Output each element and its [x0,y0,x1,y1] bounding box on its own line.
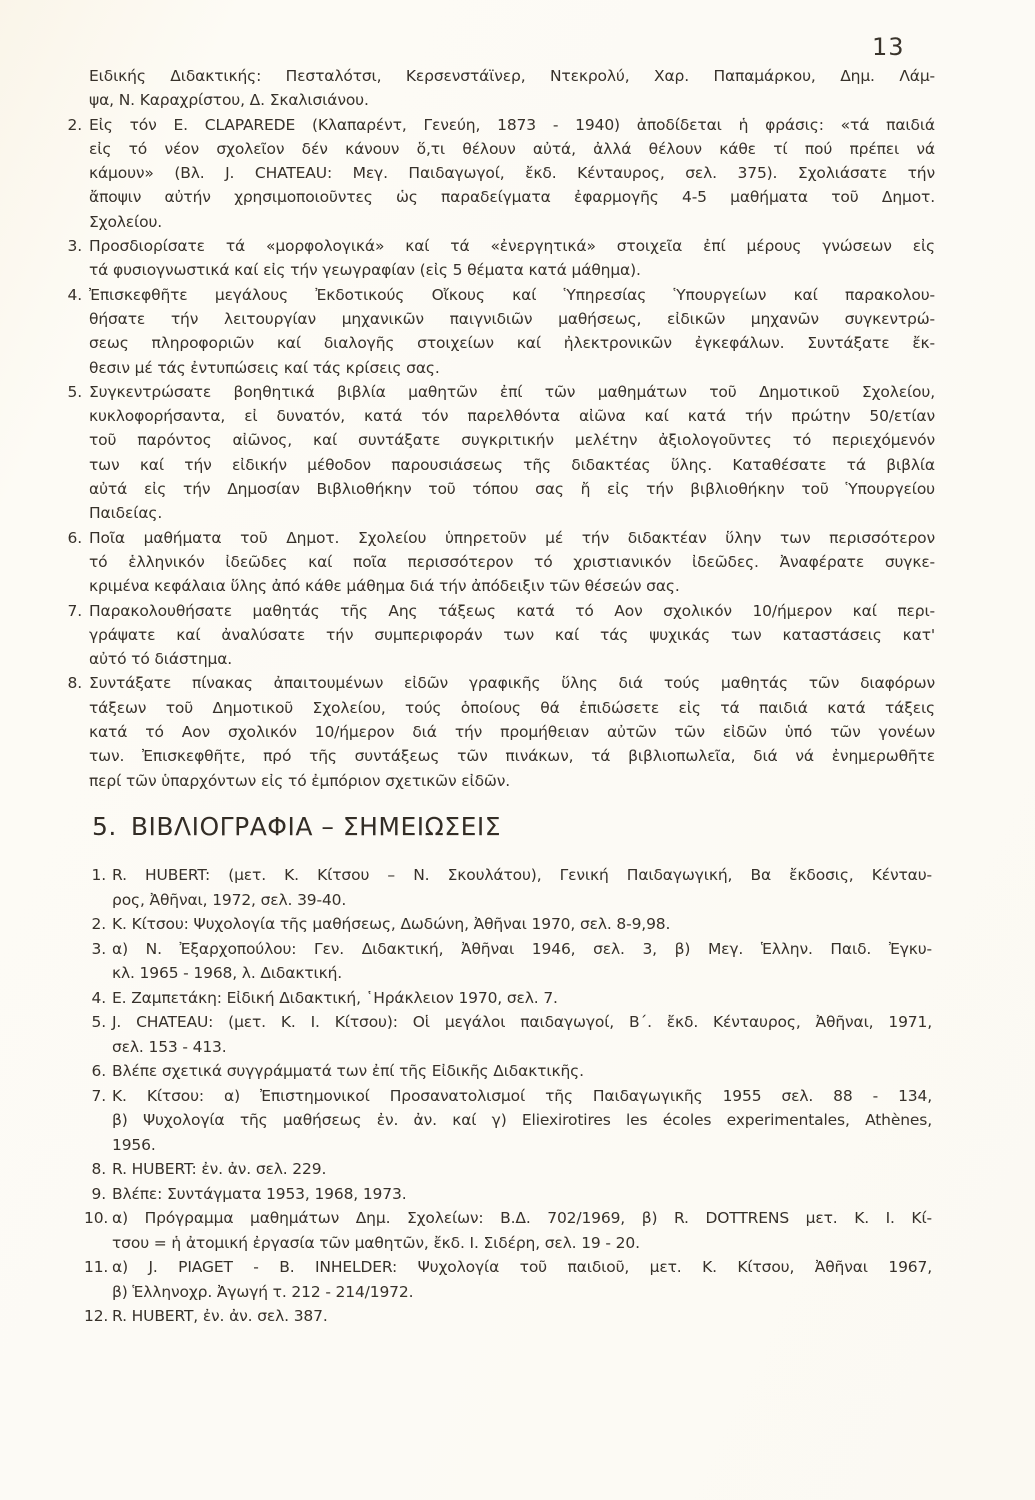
item-number: 9. [84,1182,106,1207]
section-heading-title: ΒΙΒΛΙΟΓΡΑΦΙΑ – ΣΗΜΕΙΩΣΕΙΣ [131,812,501,841]
item-text: Ειδικής Διδακτικής: Πεσταλότσι, Κερσενστ… [89,64,935,113]
bibliography-item-3: 3. α) Ν. Ἐξαρχοπούλου: Γεν. Διδακτική, Ἀ… [84,937,932,986]
item-text: Εἰς τόν Ε. CLAPAREDE (Κλαπαρέντ, Γενεύη,… [89,113,935,234]
exercise-item-3: 3. Προσδιορίσατε τά «μορφολογικά» καί τά… [66,234,935,283]
bibliography-item-9: 9. Βλέπε: Συντάγματα 1953, 1968, 1973. [84,1182,932,1207]
item-number: 8. [84,1157,106,1182]
item-text: α) J. PIAGET - B. INHELDER: Ψυχολογία το… [112,1255,932,1304]
item-number: 6. [84,1059,106,1084]
item-text: Κ. Κίτσου: α) Ἐπιστημονικοί Προσανατολισ… [112,1084,932,1158]
exercise-item-4: 4. Ἐπισκεφθῆτε μεγάλους Ἐκδοτικούς Οἴκου… [66,283,935,380]
bibliography-item-7: 7. Κ. Κίτσου: α) Ἐπιστημονικοί Προσανατο… [84,1084,932,1158]
exercise-item-7: 7. Παρακολουθήσατε μαθητάς τῆς Αης τάξεω… [66,599,935,672]
scanned-document-page: 13 Ειδικής Διδακτικής: Πεσταλότσι, Κερσε… [0,0,1035,1500]
item-number: 4. [84,986,106,1011]
item-number: 5. [84,1010,106,1035]
item-number: 7. [66,599,82,623]
exercise-list: Ειδικής Διδακτικής: Πεσταλότσι, Κερσενστ… [0,64,1035,793]
item-text: Παρακολουθήσατε μαθητάς τῆς Αης τάξεως κ… [89,599,935,672]
item-text: R. HUBERT: ἐν. ἀν. σελ. 229. [112,1157,932,1182]
bibliography-item-11: 11. α) J. PIAGET - B. INHELDER: Ψυχολογί… [84,1255,932,1304]
exercise-item-8: 8. Συντάξατε πίνακας ἀπαιτουμένων εἰδῶν … [66,671,935,792]
item-text: α) Ν. Ἐξαρχοπούλου: Γεν. Διδακτική, Ἀθῆν… [112,937,932,986]
item-number: 2. [84,912,106,937]
item-text: Ἐπισκεφθῆτε μεγάλους Ἐκδοτικούς Οἴκους κ… [89,283,935,380]
section-heading: 5. ΒΙΒΛΙΟΓΡΑΦΙΑ – ΣΗΜΕΙΩΣΕΙΣ [0,812,1035,841]
bibliography-item-5: 5. J. CHATEAU: (μετ. Κ. Ι. Κίτσου): Οἱ μ… [84,1010,932,1059]
bibliography-item-6: 6. Βλέπε σχετικά συγγράμματά των ἐπί τῆς… [84,1059,932,1084]
bibliography-item-12: 12. R. HUBERT, ἐν. ἀν. σελ. 387. [84,1304,932,1329]
item-number: 8. [66,671,82,695]
item-text: R. HUBERT: (μετ. Κ. Κίτσου – Ν. Σκουλάτο… [112,863,932,912]
bibliography-item-10: 10. α) Πρόγραμμα μαθημάτων Δημ. Σχολείων… [84,1206,932,1255]
exercise-item-2: 2. Εἰς τόν Ε. CLAPAREDE (Κλαπαρέντ, Γενε… [66,113,935,234]
item-number: 7. [84,1084,106,1109]
exercise-item-5: 5. Συγκεντρώσατε βοηθητικά βιβλία μαθητῶ… [66,380,935,526]
item-text: Προσδιορίσατε τά «μορφολογικά» καί τά «ἐ… [89,234,935,283]
item-number: 3. [66,234,82,258]
exercise-item-6: 6. Ποῖα μαθήματα τοῦ Δημοτ. Σχολείου ὑπη… [66,526,935,599]
item-text: R. HUBERT, ἐν. ἀν. σελ. 387. [112,1304,932,1329]
item-number: 12. [84,1304,106,1329]
item-text: Βλέπε: Συντάγματα 1953, 1968, 1973. [112,1182,932,1207]
item-number: 5. [66,380,82,404]
item-text: Κ. Κίτσου: Ψυχολογία τῆς μαθήσεως, Δωδών… [112,912,932,937]
bibliography-item-2: 2. Κ. Κίτσου: Ψυχολογία τῆς μαθήσεως, Δω… [84,912,932,937]
item-text: J. CHATEAU: (μετ. Κ. Ι. Κίτσου): Οἱ μεγά… [112,1010,932,1059]
bibliography-item-1: 1. R. HUBERT: (μετ. Κ. Κίτσου – Ν. Σκουλ… [84,863,932,912]
item-text: Ποῖα μαθήματα τοῦ Δημοτ. Σχολείου ὑπηρετ… [89,526,935,599]
bibliography-item-4: 4. Ε. Ζαμπετάκη: Εἰδική Διδακτική, ῾Ηράκ… [84,986,932,1011]
item-number: 2. [66,113,82,137]
item-number: 1. [84,863,106,888]
bibliography-list: 1. R. HUBERT: (μετ. Κ. Κίτσου – Ν. Σκουλ… [0,863,1035,1329]
page-number: 13 [872,33,905,61]
exercise-item-continuation: Ειδικής Διδακτικής: Πεσταλότσι, Κερσενστ… [66,64,935,113]
bibliography-item-8: 8. R. HUBERT: ἐν. ἀν. σελ. 229. [84,1157,932,1182]
item-text: Συντάξατε πίνακας ἀπαιτουμένων εἰδῶν γρα… [89,671,935,792]
item-number: 11. [84,1255,106,1280]
item-number: 4. [66,283,82,307]
item-text: Ε. Ζαμπετάκη: Εἰδική Διδακτική, ῾Ηράκλει… [112,986,932,1011]
bibliography-section: 5. ΒΙΒΛΙΟΓΡΑΦΙΑ – ΣΗΜΕΙΩΣΕΙΣ 1. R. HUBER… [0,812,1035,1329]
item-text: Βλέπε σχετικά συγγράμματά των ἐπί τῆς Εἰ… [112,1059,932,1084]
item-number: 6. [66,526,82,550]
section-heading-number: 5. [92,812,117,841]
item-number: 3. [84,937,106,962]
item-text: Συγκεντρώσατε βοηθητικά βιβλία μαθητῶν ἐ… [89,380,935,526]
item-text: α) Πρόγραμμα μαθημάτων Δημ. Σχολείων: Β.… [112,1206,932,1255]
item-number: 10. [84,1206,106,1231]
